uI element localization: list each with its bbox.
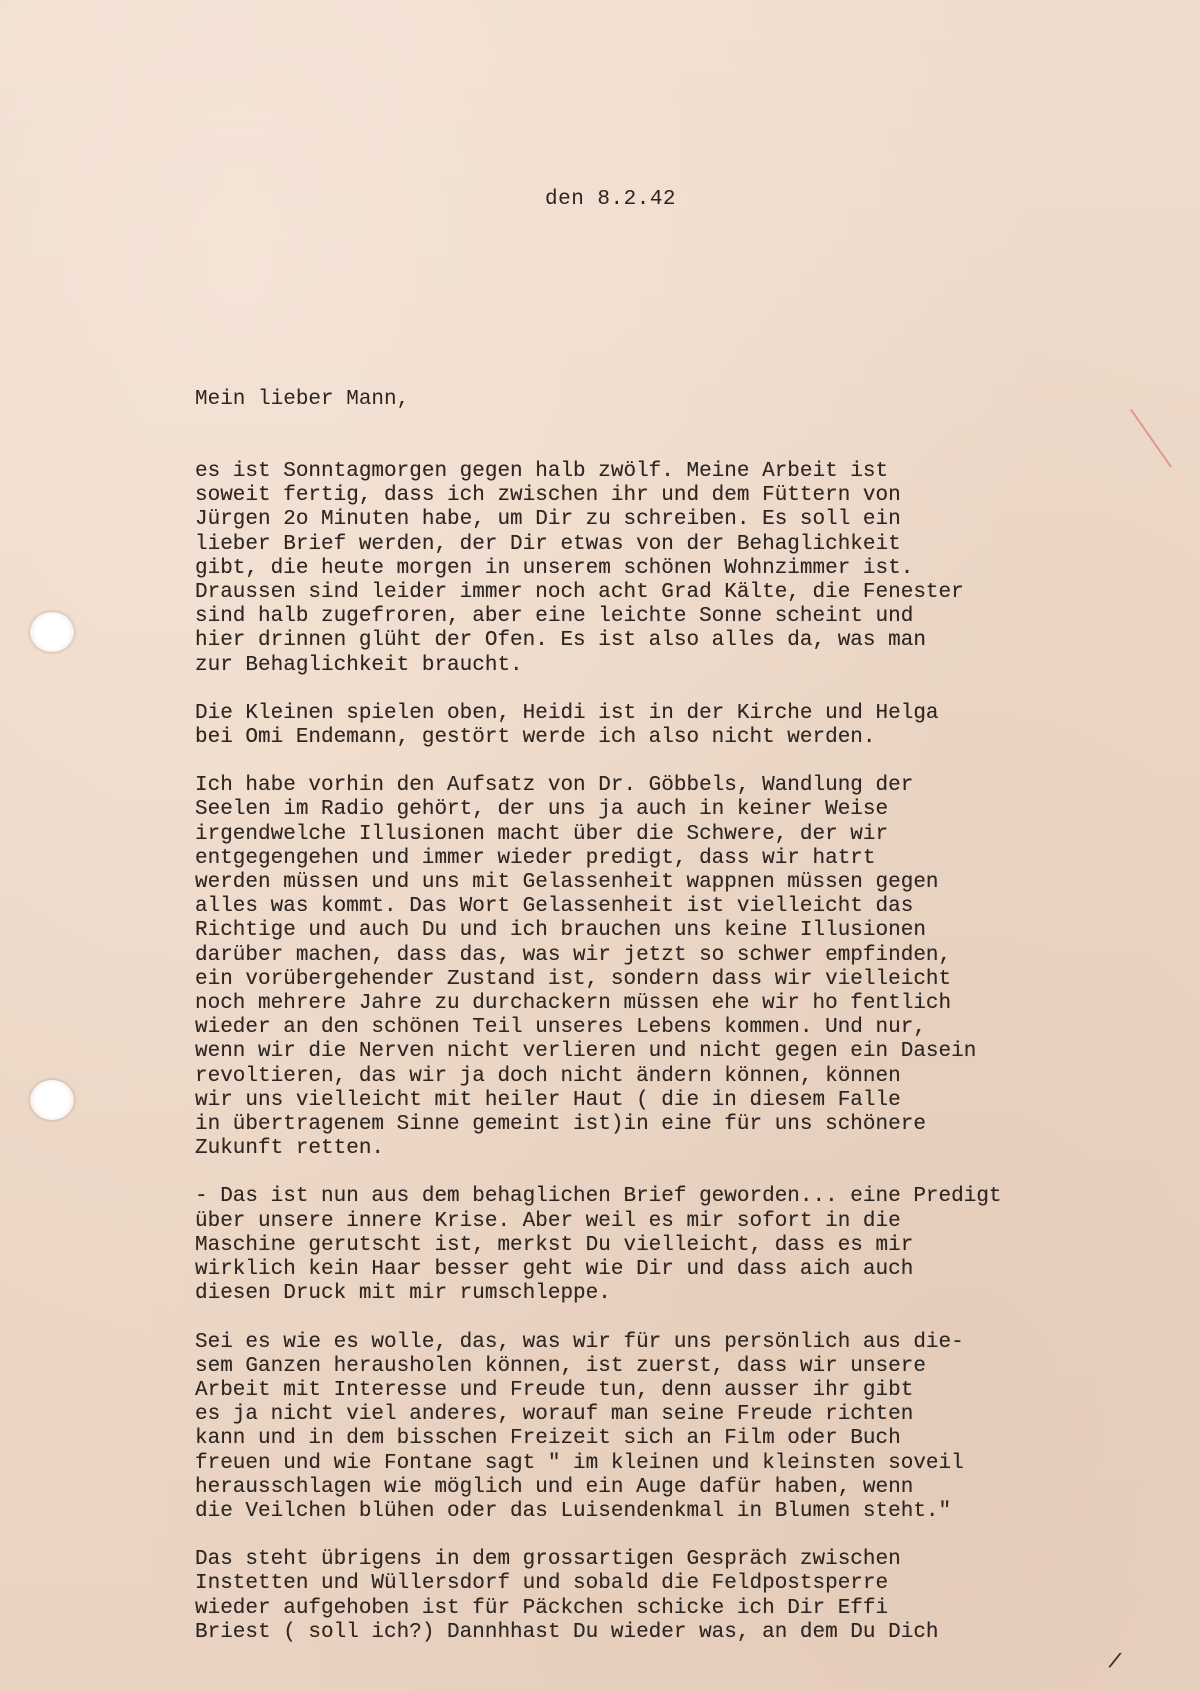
letter-line: herausschlagen wie möglich und ein Auge …	[195, 1476, 1175, 1500]
letter-line: revoltieren, das wir ja doch nicht änder…	[195, 1065, 1175, 1089]
letter-line: wir uns vielleicht mit heiler Haut ( die…	[195, 1089, 1175, 1113]
letter-line: Draussen sind leider immer noch acht Gra…	[195, 581, 1175, 605]
letter-paragraph: Die Kleinen spielen oben, Heidi ist in d…	[195, 702, 1175, 750]
punch-hole-top	[30, 612, 74, 652]
letter-line: entgegengehen und immer wieder predigt, …	[195, 847, 1175, 871]
letter-line: sind halb zugefroren, aber eine leichte …	[195, 605, 1175, 629]
letter-line: es ja nicht viel anderes, worauf man sei…	[195, 1403, 1175, 1427]
letter-paragraph: es ist Sonntagmorgen gegen halb zwölf. M…	[195, 460, 1175, 678]
letter-line: darüber machen, dass das, was wir jetzt …	[195, 944, 1175, 968]
letter-line: bei Omi Endemann, gestört werde ich also…	[195, 726, 1175, 750]
letter-line: alles was kommt. Das Wort Gelassenheit i…	[195, 895, 1175, 919]
letter-line: Seelen im Radio gehört, der uns ja auch …	[195, 798, 1175, 822]
letter-line: noch mehrere Jahre zu durchackern müssen…	[195, 992, 1175, 1016]
letter-line: Die Kleinen spielen oben, Heidi ist in d…	[195, 702, 1175, 726]
letter-line: werden müssen und uns mit Gelassenheit w…	[195, 871, 1175, 895]
punch-hole-bottom	[30, 1080, 74, 1120]
letter-line: Ich habe vorhin den Aufsatz von Dr. Göbb…	[195, 774, 1175, 798]
letter-line: hier drinnen glüht der Ofen. Es ist also…	[195, 629, 1175, 653]
letter-line: kann und in dem bisschen Freizeit sich a…	[195, 1427, 1175, 1451]
letter-line: wirklich kein Haar besser geht wie Dir u…	[195, 1258, 1175, 1282]
letter-line: Briest ( soll ich?) Dannhhast Du wieder …	[195, 1621, 1175, 1645]
letter-line: gibt, die heute morgen in unserem schöne…	[195, 557, 1175, 581]
letter-line: - Das ist nun aus dem behaglichen Brief …	[195, 1185, 1175, 1209]
letter-line: zur Behaglichkeit braucht.	[195, 654, 1175, 678]
letter-body: es ist Sonntagmorgen gegen halb zwölf. M…	[195, 460, 1175, 1669]
handwritten-mark: /	[1106, 1649, 1123, 1676]
letter-date: den 8.2.42	[545, 188, 676, 211]
letter-line: Instetten und Wüllersdorf und sobald die…	[195, 1572, 1175, 1596]
letter-paragraph: Sei es wie es wolle, das, was wir für un…	[195, 1331, 1175, 1525]
red-pencil-mark	[1130, 409, 1172, 467]
letter-line: ein vorübergehender Zustand ist, sondern…	[195, 968, 1175, 992]
letter-line: Das steht übrigens in dem grossartigen G…	[195, 1548, 1175, 1572]
letter-line: Richtige und auch Du und ich brauchen un…	[195, 919, 1175, 943]
letter-salutation: Mein lieber Mann,	[195, 388, 409, 411]
letter-paragraph: Ich habe vorhin den Aufsatz von Dr. Göbb…	[195, 774, 1175, 1161]
letter-line: Jürgen 2o Minuten habe, um Dir zu schrei…	[195, 508, 1175, 532]
letter-line: diesen Druck mit mir rumschleppe.	[195, 1282, 1175, 1306]
letter-line: soweit fertig, dass ich zwischen ihr und…	[195, 484, 1175, 508]
letter-line: es ist Sonntagmorgen gegen halb zwölf. M…	[195, 460, 1175, 484]
letter-line: wieder aufgehoben ist für Päckchen schic…	[195, 1597, 1175, 1621]
letter-line: Zukunft retten.	[195, 1137, 1175, 1161]
letter-line: lieber Brief werden, der Dir etwas von d…	[195, 533, 1175, 557]
letter-line: die Veilchen blühen oder das Luisendenkm…	[195, 1500, 1175, 1524]
letter-paragraph: Das steht übrigens in dem grossartigen G…	[195, 1548, 1175, 1645]
letter-paragraph: - Das ist nun aus dem behaglichen Brief …	[195, 1185, 1175, 1306]
letter-line: sem Ganzen herausholen können, ist zuers…	[195, 1355, 1175, 1379]
letter-line: Arbeit mit Interesse und Freude tun, den…	[195, 1379, 1175, 1403]
letter-line: in übertragenem Sinne gemeint ist)in ein…	[195, 1113, 1175, 1137]
letter-line: über unsere innere Krise. Aber weil es m…	[195, 1210, 1175, 1234]
letter-line: freuen und wie Fontane sagt " im kleinen…	[195, 1452, 1175, 1476]
letter-line: irgendwelche Illusionen macht über die S…	[195, 823, 1175, 847]
letter-line: Maschine gerutscht ist, merkst Du vielle…	[195, 1234, 1175, 1258]
letter-line: wieder an den schönen Teil unseres Leben…	[195, 1016, 1175, 1040]
letter-line: wenn wir die Nerven nicht verlieren und …	[195, 1040, 1175, 1064]
letter-page: den 8.2.42 Mein lieber Mann, es ist Sonn…	[0, 0, 1200, 1692]
letter-line: Sei es wie es wolle, das, was wir für un…	[195, 1331, 1175, 1355]
